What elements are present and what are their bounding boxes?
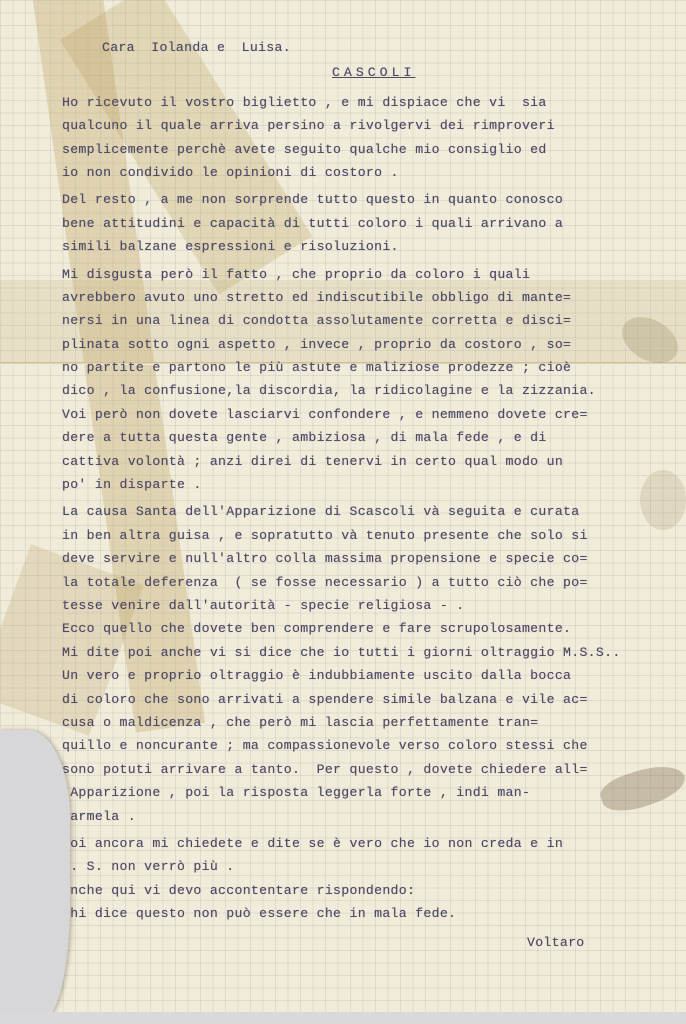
paragraph: Mi disgusta però il fatto , che proprio …: [62, 263, 672, 497]
text-line: Ho ricevuto il vostro biglietto , e mi d…: [62, 91, 672, 114]
paragraph: La causa Santa dell'Apparizione di Scasc…: [62, 500, 672, 827]
paragraph: Ho ricevuto il vostro biglietto , e mi d…: [62, 91, 672, 185]
text-line: La causa Santa dell'Apparizione di Scasc…: [62, 500, 672, 523]
text-line: tesse venire dall'autorità - specie reli…: [62, 594, 672, 617]
text-line: Del resto , a me non sorprende tutto que…: [62, 188, 672, 211]
text-line: deve servire e null'altro colla massima …: [62, 547, 672, 570]
text-line: Voi però non dovete lasciarvi confondere…: [62, 403, 672, 426]
place-heading: CASCOLI: [62, 61, 672, 84]
text-line: po' in disparte .: [62, 473, 672, 496]
text-line: no partite e partono le più astute e mal…: [62, 356, 672, 379]
text-line: Ecco quello che dovete ben comprendere e…: [62, 617, 672, 640]
letter-body: Cara Iolanda e Luisa. CASCOLI Ho ricevut…: [62, 36, 672, 955]
text-line: Mi disgusta però il fatto , che proprio …: [62, 263, 672, 286]
paragraph: Poi ancora mi chiedete e dite se è vero …: [62, 832, 672, 926]
text-line: Poi ancora mi chiedete e dite se è vero …: [62, 832, 672, 855]
salutation: Cara Iolanda e Luisa.: [62, 36, 672, 59]
text-line: in ben altra guisa , e sopratutto và ten…: [62, 524, 672, 547]
text-line: darmela .: [62, 805, 672, 828]
text-line: dico , la confusione,la discordia, la ri…: [62, 379, 672, 402]
text-line: Mi dite poi anche vi si dice che io tutt…: [62, 641, 672, 664]
text-line: plinata sotto ogni aspetto , invece , pr…: [62, 333, 672, 356]
text-line: Un vero e proprio oltraggio è indubbiame…: [62, 664, 672, 687]
text-line: dere a tutta questa gente , ambiziosa , …: [62, 426, 672, 449]
text-line: nersi in una linea di condotta assolutam…: [62, 309, 672, 332]
text-line: io non condivido le opinioni di costoro …: [62, 161, 672, 184]
text-line: T. S. non verrò più .: [62, 855, 672, 878]
paragraphs: Ho ricevuto il vostro biglietto , e mi d…: [62, 91, 672, 926]
text-line: sono potuti arrivare a tanto. Per questo…: [62, 758, 672, 781]
text-line: bene attitudini e capacità di tutti colo…: [62, 212, 672, 235]
text-line: quillo e noncurante ; ma compassionevole…: [62, 734, 672, 757]
scan-background: [0, 1012, 686, 1024]
text-line: Chi dice questo non può essere che in ma…: [62, 902, 672, 925]
text-line: cusa o maldicenza , che però mi lascia p…: [62, 711, 672, 734]
text-line: qualcuno il quale arriva persino a rivol…: [62, 114, 672, 137]
signature: Voltaro: [62, 931, 672, 954]
text-line: simili balzane espressioni e risoluzioni…: [62, 235, 672, 258]
text-line: di coloro che sono arrivati a spendere s…: [62, 688, 672, 711]
text-line: avrebbero avuto uno stretto ed indiscuti…: [62, 286, 672, 309]
text-line: semplicemente perchè avete seguito qualc…: [62, 138, 672, 161]
text-line: cattiva volontà ; anzi direi di tenervi …: [62, 450, 672, 473]
text-line: Anche qui vi devo accontentare risponden…: [62, 879, 672, 902]
torn-paper-edge: [0, 730, 70, 1012]
paragraph: Del resto , a me non sorprende tutto que…: [62, 188, 672, 258]
text-line: la totale deferenza ( se fosse necessari…: [62, 571, 672, 594]
text-line: 'Apparizione , poi la risposta leggerla …: [62, 781, 672, 804]
letter-sheet: Cara Iolanda e Luisa. CASCOLI Ho ricevut…: [0, 0, 686, 1012]
